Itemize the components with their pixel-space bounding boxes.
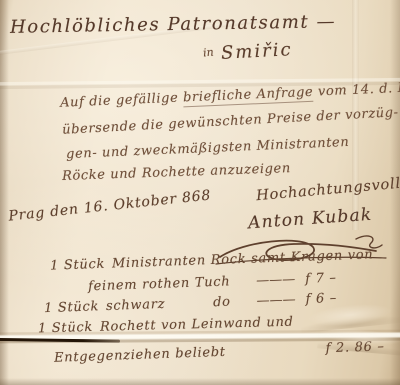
- item-price: f 2. 86 –: [325, 339, 384, 356]
- item-row-5: Entgegenziehen beliebtf 2. 86 –: [54, 339, 385, 366]
- paper-edge-shadow-left: [0, 0, 9, 385]
- body-line-1: Auf die gefällige briefliche Anfrage vom…: [60, 80, 400, 111]
- item-text: Rochett von Leinwand und: [100, 315, 294, 335]
- body-line-2: übersende die gewünschten Preise der vor…: [62, 105, 399, 138]
- item-row-4: 1 StückRochett von Leinwand und: [38, 315, 294, 337]
- item-qty: 1 Stück: [50, 257, 105, 274]
- closing-salutation: Hochachtungsvoll: [256, 176, 400, 205]
- item-qty: 1 Stück: [38, 320, 93, 336]
- addressee-line: Hochlöbliches Patronatsamt —: [10, 11, 337, 38]
- letter-page: Hochlöbliches Patronatsamt — in Smiřic A…: [0, 0, 400, 385]
- item-text: Entgegenziehen beliebt: [54, 345, 226, 366]
- body-line-1-pre: Auf die gefällige: [60, 90, 184, 110]
- body-line-1-underlined: briefliche Anfrage: [183, 85, 314, 108]
- item-text: feinem rothen Tuch: [88, 274, 231, 294]
- item-ditto: do: [213, 295, 231, 311]
- item-dash: ———: [256, 272, 295, 288]
- body-line-1-post: vom 14. d. M.: [313, 80, 400, 99]
- item-dash: ———: [256, 292, 295, 308]
- paper-edge-shadow-bottom: [0, 378, 400, 385]
- fold-crease-dark-line: [0, 338, 120, 343]
- body-line-4: Röcke und Rochette anzuzeigen: [62, 161, 291, 184]
- item-price: f 7 –: [305, 271, 337, 287]
- item-price: f 6 –: [305, 291, 337, 307]
- dateline: Prag den 16. Oktober 868: [8, 187, 212, 224]
- item-qty: 1 Stück: [44, 299, 99, 316]
- body-line-3: gen- und zweckmäßigsten Ministranten: [66, 135, 350, 162]
- place-prefix: in: [202, 46, 214, 60]
- item-text: schwarz: [106, 297, 166, 314]
- item-row-2: feinem rothen Tuch———f 7 –: [88, 271, 337, 295]
- place-name: Smiřic: [220, 39, 293, 64]
- item-row-3: 1 Stückschwarzdo———f 6 –: [44, 291, 337, 316]
